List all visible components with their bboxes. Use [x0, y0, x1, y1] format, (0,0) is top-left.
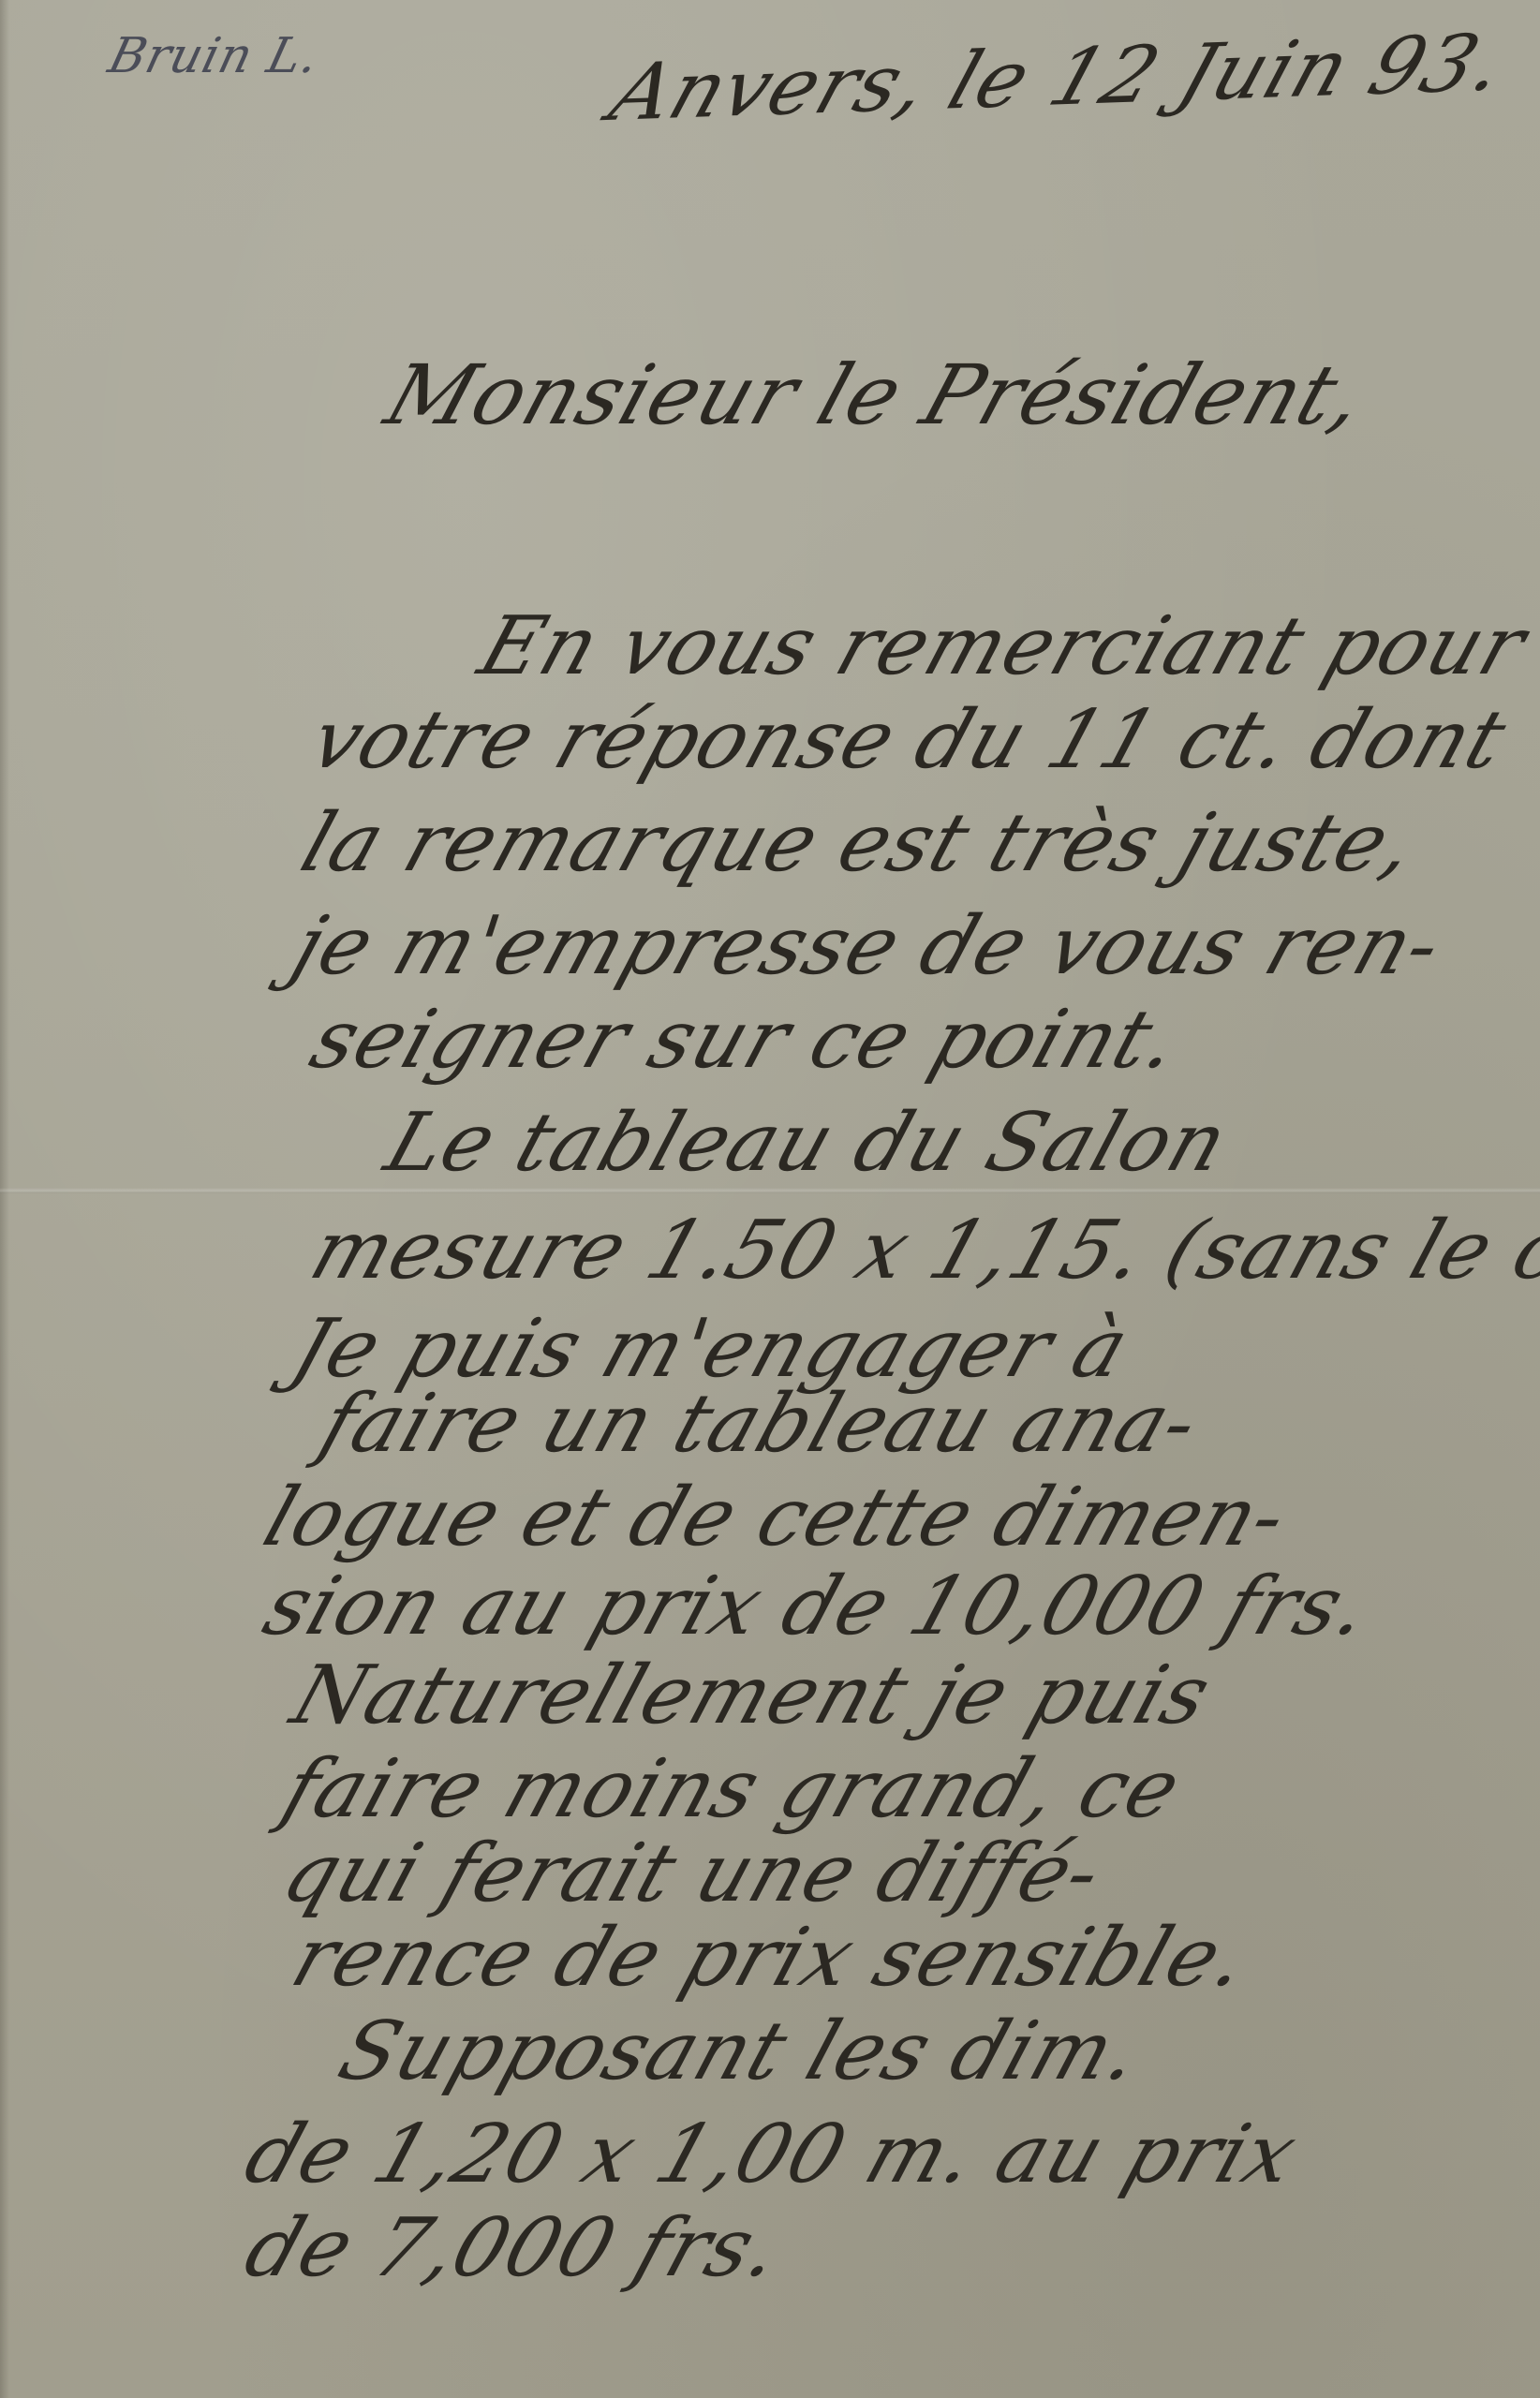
body-line: En vous remerciant pour [468, 599, 1537, 693]
body-line: de 7,000 frs. [234, 2201, 793, 2295]
salutation: Monsieur le Président, [375, 347, 1378, 443]
body-line: Le tableau du Salon [375, 1096, 1239, 1190]
body-line: rence de prix sensible. [281, 1911, 1260, 2005]
body-line: mesure 1.50 x 1,15. (sans le cadre) [300, 1204, 1540, 1297]
body-line: qui ferait une diffé- [272, 1827, 1113, 1920]
letter-page: Bruin L. Anvers, le 12 Juin 93. Monsieur… [0, 0, 1540, 2398]
body-line: faire un tableau ana- [309, 1377, 1210, 1471]
body-line: Naturellement je puis [281, 1649, 1222, 1742]
body-line: votre réponse du 11 ct. dont [300, 693, 1518, 787]
body-line: la remarque est très juste, [290, 796, 1428, 890]
body-line: logue et de cette dimen- [253, 1471, 1298, 1564]
body-line: je m'empresse de vous ren- [281, 899, 1454, 993]
body-line: Supposant les dim. [328, 2005, 1153, 2098]
body-line: de 1,20 x 1,00 m. au prix [234, 2108, 1309, 2201]
archival-annotation: Bruin L. [103, 28, 325, 84]
body-line: sion au prix de 10,000 frs. [253, 1560, 1382, 1653]
body-line: faire moins grand, ce [272, 1742, 1192, 1836]
page-edge-shadow [0, 0, 9, 2398]
body-line: seigner sur ce point. [300, 993, 1192, 1087]
dateline: Anvers, le 12 Juin 93. [600, 16, 1518, 139]
